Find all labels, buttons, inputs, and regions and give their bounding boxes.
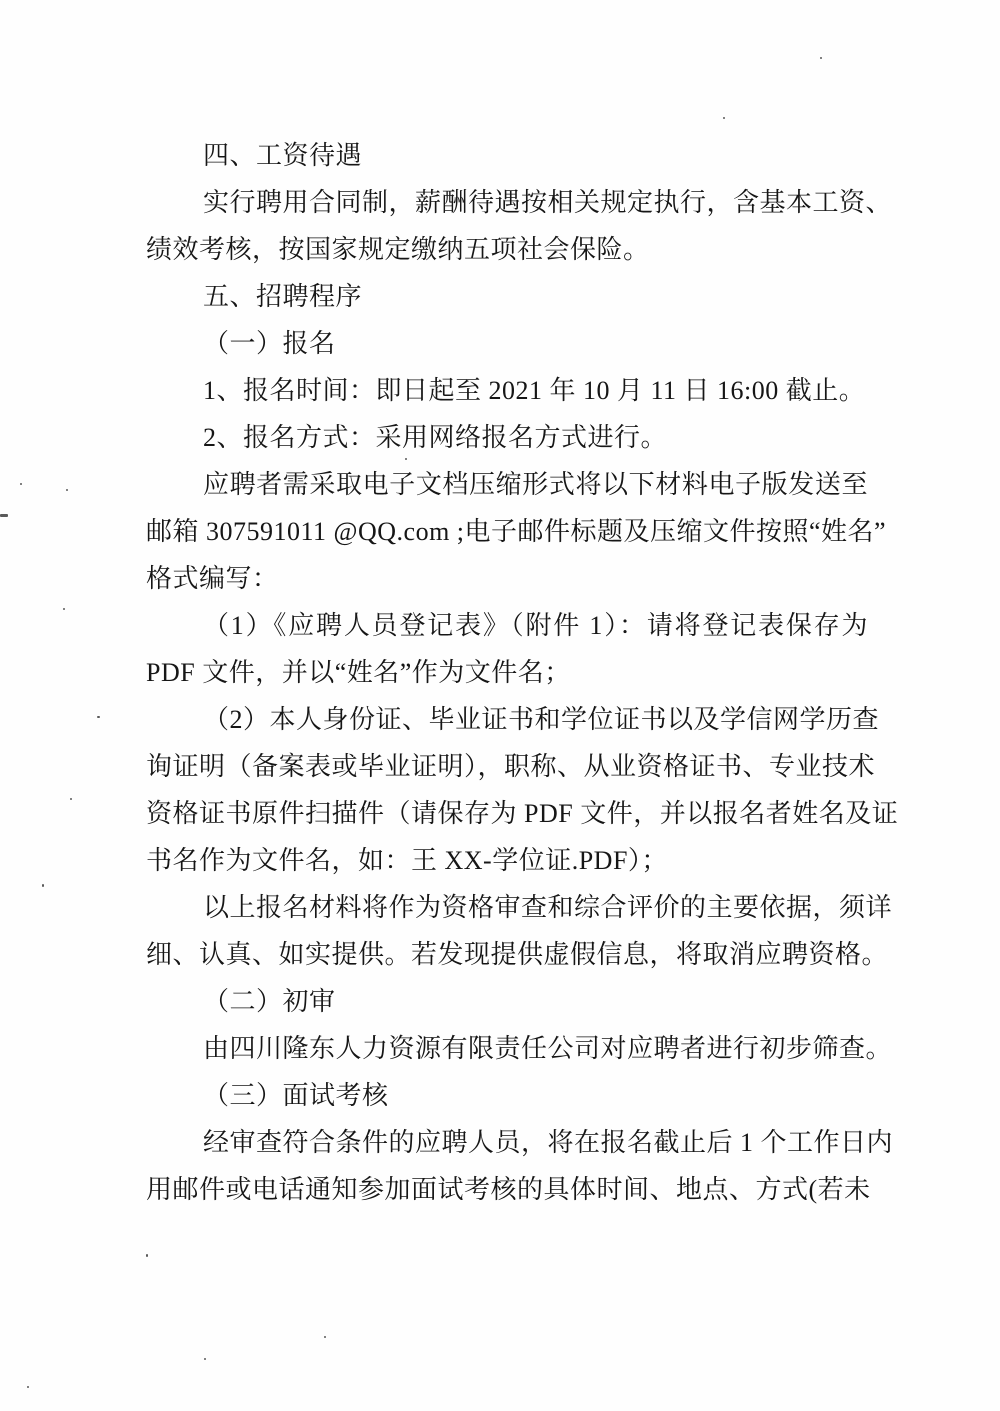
scan-speck <box>146 1254 148 1257</box>
body-line: 由四川隆东人力资源有限责任公司对应聘者进行初步筛查。 <box>146 1025 868 1072</box>
body-line: （1）《应聘人员登记表》（附件 1）：请将登记表保存为 <box>146 602 868 649</box>
section-heading-line: 五、招聘程序 <box>146 273 868 320</box>
document-page: 四、工资待遇 实行聘用合同制，薪酬待遇按相关规定执行，含基本工资、 绩效考核，按… <box>0 0 1000 1411</box>
scan-speck <box>204 1358 206 1360</box>
body-line: 实行聘用合同制，薪酬待遇按相关规定执行，含基本工资、 <box>146 179 868 226</box>
body-line: 绩效考核，按国家规定缴纳五项社会保险。 <box>146 226 868 273</box>
body-line: 格式编写： <box>146 555 868 602</box>
body-line: 2、报名方式：采用网络报名方式进行。 <box>146 414 868 461</box>
body-line: 1、报名时间：即日起至 2021 年 10 月 11 日 16:00 截止。 <box>146 367 868 414</box>
scan-speck <box>27 1386 29 1388</box>
scan-speck <box>70 798 72 800</box>
scan-speck <box>405 458 407 460</box>
body-line: 以上报名材料将作为资格审查和综合评价的主要依据，须详 <box>146 884 868 931</box>
body-line: 用邮件或电话通知参加面试考核的具体时间、地点、方式(若未 <box>146 1166 868 1213</box>
body-line: 细、认真、如实提供。若发现提供虚假信息，将取消应聘资格。 <box>146 931 868 978</box>
scan-speck <box>42 884 44 887</box>
scan-speck <box>20 483 22 485</box>
scan-speck <box>324 1336 326 1338</box>
scan-speck <box>723 117 725 119</box>
scan-speck <box>66 489 68 491</box>
scan-speck <box>820 57 822 59</box>
scan-speck <box>97 716 100 718</box>
scan-speck <box>63 608 65 610</box>
section-heading-line: 四、工资待遇 <box>146 132 868 179</box>
body-line: 应聘者需采取电子文档压缩形式将以下材料电子版发送至 <box>146 461 868 508</box>
subsection-heading-line: （一）报名 <box>146 320 868 367</box>
document-text-block: 四、工资待遇 实行聘用合同制，薪酬待遇按相关规定执行，含基本工资、 绩效考核，按… <box>146 132 868 1213</box>
body-line: 询证明（备案表或毕业证明），职称、从业资格证书、专业技术 <box>146 743 868 790</box>
body-line: 书名作为文件名，如：王 XX-学位证.PDF）； <box>146 837 868 884</box>
subsection-heading-line: （三）面试考核 <box>146 1072 868 1119</box>
scan-speck <box>0 514 8 517</box>
body-line: 资格证书原件扫描件（请保存为 PDF 文件，并以报名者姓名及证 <box>146 790 868 837</box>
body-line: （2）本人身份证、毕业证书和学位证书以及学信网学历查 <box>146 696 868 743</box>
subsection-heading-line: （二）初审 <box>146 978 868 1025</box>
body-line: PDF 文件，并以“姓名”作为文件名； <box>146 649 868 696</box>
body-line-email: 邮箱 307591011 @QQ.com ;电子邮件标题及压缩文件按照“姓名” <box>146 508 868 555</box>
body-line: 经审查符合条件的应聘人员，将在报名截止后 1 个工作日内 <box>146 1119 868 1166</box>
